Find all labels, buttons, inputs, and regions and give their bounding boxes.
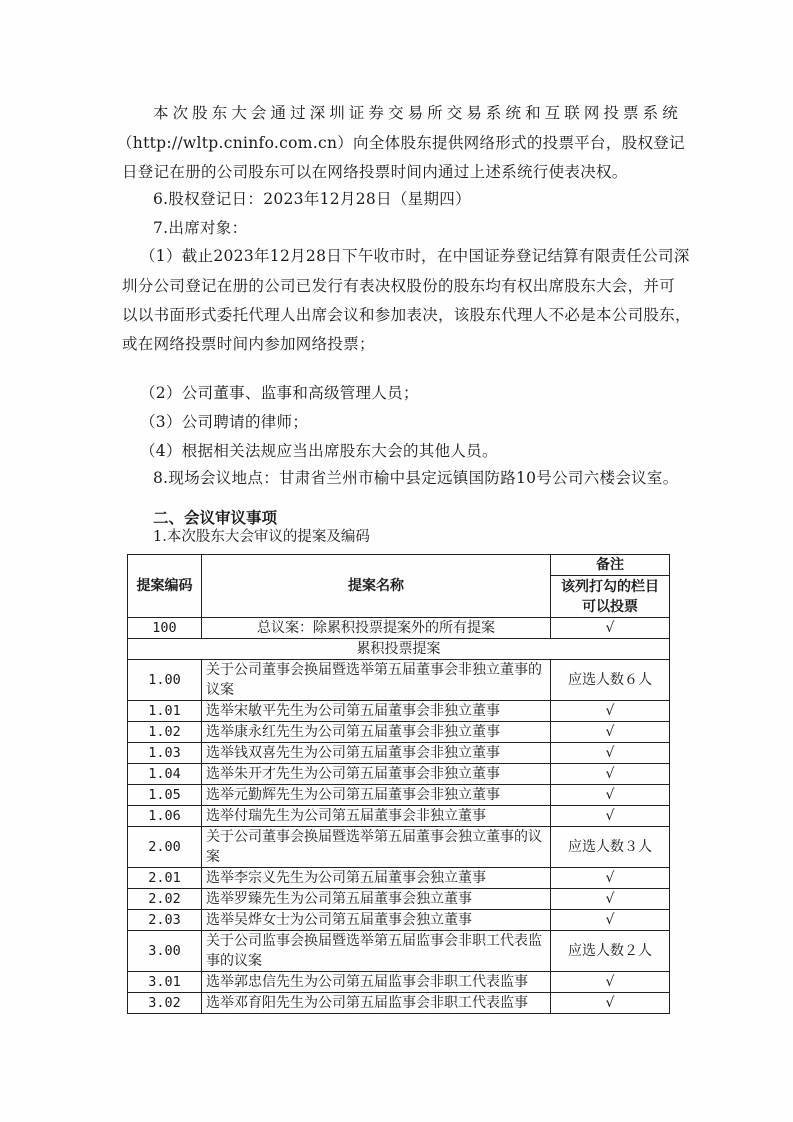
cell-note: 应选人数６人 [551,660,670,701]
cell-name: 选举钱双喜先生为公司第五届董事会非独立董事 [202,743,551,764]
table-row: 2.02 选举罗臻先生为公司第五届董事会独立董事 √ [128,889,670,910]
cell-note-checkmark: √ [551,868,670,889]
table-row: 1.03 选举钱双喜先生为公司第五届董事会非独立董事 √ [128,743,670,764]
cell-code: 3.00 [128,931,202,972]
cell-code: 2.03 [128,910,202,931]
section-heading: 二、会议审议事项 [153,508,277,528]
cell-code: 1.00 [128,660,202,701]
paragraph-network-voting-line1: 本次股东大会通过深圳证券交易所交易系统和互联网投票系统 [153,103,678,123]
attendee-1-line4: 或在网络投票时间内参加网络投票； [122,334,678,354]
attendee-1-line1: （1）截止2023年12月28日下午收市时，在中国证券登记结算有限责任公司深 [140,246,665,266]
cell-code: 3.02 [128,993,202,1014]
cell-name: 总议案：除累积投票提案外的所有提案 [202,618,551,639]
cell-code: 1.06 [128,806,202,827]
cell-name: 关于公司监事会换届暨选举第五届监事会非职工代表监事的议案 [202,931,551,972]
header-name: 提案名称 [202,555,551,618]
paragraph-network-voting-line2: （http://wltp.cninfo.com.cn）向全体股东提供网络形式的投… [117,133,673,153]
cell-note: 应选人数３人 [551,827,670,868]
cell-note-checkmark: √ [551,618,670,639]
cell-note: 应选人数２人 [551,931,670,972]
venue: 8.现场会议地点：甘肃省兰州市榆中县定远镇国防路10号公司六楼会议室。 [153,468,678,488]
cell-note-checkmark: √ [551,910,670,931]
cell-code: 100 [128,618,202,639]
attendee-4: （4）根据相关法规应当出席股东大会的其他人员。 [140,441,665,461]
cell-name: 关于公司董事会换届暨选举第五届董事会非独立董事的议案 [202,660,551,701]
header-note-top: 备注 [551,555,670,576]
cell-note-checkmark: √ [551,764,670,785]
cell-name: 关于公司董事会换届暨选举第五届董事会独立董事的议案 [202,827,551,868]
cell-name: 选举李宗义先生为公司第五届董事会独立董事 [202,868,551,889]
table-row: 1.04 选举朱开才先生为公司第五届董事会非独立董事 √ [128,764,670,785]
header-code: 提案编码 [128,555,202,618]
cell-code: 1.01 [128,701,202,722]
attendee-3: （3）公司聘请的律师； [140,412,665,432]
section-subtitle: 1.本次股东大会审议的提案及编码 [153,528,370,546]
cell-code: 2.01 [128,868,202,889]
attendee-2: （2）公司董事、监事和高级管理人员； [140,383,665,403]
table-row: 3.02 选举邓育阳先生为公司第五届监事会非职工代表监事 √ [128,993,670,1014]
document-page: 本次股东大会通过深圳证券交易所交易系统和互联网投票系统 （http://wltp… [0,0,793,1122]
table-row-cumulative-label: 累积投票提案 [128,639,670,660]
table-row: 2.03 选举吴烨女士为公司第五届董事会独立董事 √ [128,910,670,931]
cell-name: 选举康永红先生为公司第五届董事会非独立董事 [202,722,551,743]
cell-note-checkmark: √ [551,701,670,722]
table-row-total: 100 总议案：除累积投票提案外的所有提案 √ [128,618,670,639]
table-row: 1.01 选举宋敏平先生为公司第五届董事会非独立董事 √ [128,701,670,722]
cell-code: 1.04 [128,764,202,785]
record-date: 6.股权登记日：2023年12月28日（星期四） [153,189,678,209]
attendee-1-line2: 圳分公司登记在册的公司已发行有表决权股份的股东均有权出席股东大会，并可 [122,276,678,296]
attendees-title: 7.出席对象： [153,218,678,238]
table-row: 1.06 选举付瑞先生为公司第五届董事会非独立董事 √ [128,806,670,827]
table-row: 2.00 关于公司董事会换届暨选举第五届董事会独立董事的议案 应选人数３人 [128,827,670,868]
cell-name: 选举邓育阳先生为公司第五届监事会非职工代表监事 [202,993,551,1014]
paragraph-network-voting-line3: 日登记在册的公司股东可以在网络投票时间内通过上述系统行使表决权。 [122,162,678,182]
table-row: 3.00 关于公司监事会换届暨选举第五届监事会非职工代表监事的议案 应选人数２人 [128,931,670,972]
table-row: 1.02 选举康永红先生为公司第五届董事会非独立董事 √ [128,722,670,743]
cell-name: 选举罗臻先生为公司第五届董事会独立董事 [202,889,551,910]
cell-code: 1.02 [128,722,202,743]
table-row: 3.01 选举郭忠信先生为公司第五届监事会非职工代表监事 √ [128,972,670,993]
table-row: 1.05 选举元勤辉先生为公司第五届董事会非独立董事 √ [128,785,670,806]
cell-name: 选举朱开才先生为公司第五届董事会非独立董事 [202,764,551,785]
cell-name: 选举宋敏平先生为公司第五届董事会非独立董事 [202,701,551,722]
cell-note-checkmark: √ [551,785,670,806]
header-note-bottom: 该列打勾的栏目可以投票 [551,576,670,618]
cell-note-checkmark: √ [551,972,670,993]
proposals-table: 提案编码 提案名称 备注 该列打勾的栏目可以投票 100 总议案：除累积投票提案… [127,554,670,1014]
cell-note-checkmark: √ [551,722,670,743]
cell-name: 选举付瑞先生为公司第五届董事会非独立董事 [202,806,551,827]
cell-note-checkmark: √ [551,889,670,910]
cell-code: 2.02 [128,889,202,910]
cell-code: 1.05 [128,785,202,806]
cell-code: 3.01 [128,972,202,993]
table-row: 2.01 选举李宗义先生为公司第五届董事会独立董事 √ [128,868,670,889]
attendee-1-line3: 以以书面形式委托代理人出席会议和参加表决，该股东代理人不必是本公司股东， [122,305,678,325]
cell-code: 1.03 [128,743,202,764]
table-row: 1.00 关于公司董事会换届暨选举第五届董事会非独立董事的议案 应选人数６人 [128,660,670,701]
cell-note-checkmark: √ [551,743,670,764]
cell-code: 2.00 [128,827,202,868]
cell-name: 选举郭忠信先生为公司第五届监事会非职工代表监事 [202,972,551,993]
cell-name: 选举吴烨女士为公司第五届董事会独立董事 [202,910,551,931]
cell-name: 选举元勤辉先生为公司第五届董事会非独立董事 [202,785,551,806]
cell-note-checkmark: √ [551,993,670,1014]
cumulative-voting-label: 累积投票提案 [128,639,670,660]
cell-note-checkmark: √ [551,806,670,827]
